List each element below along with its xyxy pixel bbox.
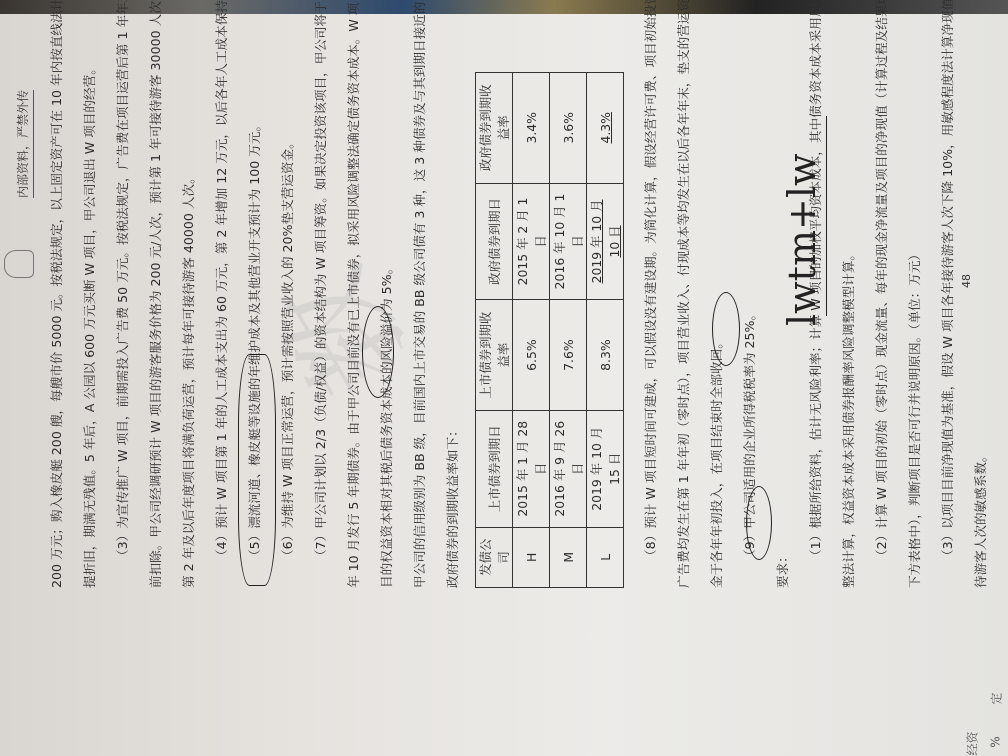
handwritten-circle-annotation xyxy=(238,354,276,586)
paragraph-line: （3）为宣传推广 W 项目，前期需投入广告费 50 万元。按税法规定，广告费在项… xyxy=(106,72,139,588)
page-header-notice: 内部资料，严禁外传 xyxy=(14,90,34,198)
requirement-line: （2）计算 W 项目的初始（零时点）现金流量、每年的现金净流量及项目的净现值（计… xyxy=(865,72,898,588)
paragraph-line: 广告费均发生在第 1 年年初（零时点），项目营业收入、付现成本等均发生在以后各年… xyxy=(667,72,700,588)
paragraph-line: 第 2 年及以后年度项目将满负荷运营，预计每年可接待游客 40000 人次。 xyxy=(172,72,205,588)
requirement-line: 下方表格中），判断项目是否可行并说明原因。（单位：万元） xyxy=(898,72,931,588)
paragraph-line: （8）预计 W 项目短时间可建成，可以假设没有建设期。为简化计算，假设经营许可费… xyxy=(634,72,667,588)
paragraph-line: （4）预计 W 项目第 1 年的人工成本支出为 60 万元，第 2 年增加 12… xyxy=(205,72,238,588)
table-header-cell: 政府债券到期日 xyxy=(476,183,513,300)
paragraph-line: （7）甲公司计划以 2/3（负债/权益）的资本结构为 W 项目筹资。如果决定投资… xyxy=(304,72,337,588)
paragraph-line: 前扣除。甲公司经调研预计 W 项目的游客服务价格为 200 元/人次，预计第 1… xyxy=(139,72,172,588)
edge-fragment: % xyxy=(989,736,1003,747)
mascot-logo-icon xyxy=(4,250,34,278)
table-header-cell: 发债公司 xyxy=(476,527,513,587)
table-cell: L xyxy=(587,527,624,587)
table-cell: 2015 年 1 月 28 日 xyxy=(513,410,550,527)
table-cell: 3.6% xyxy=(550,73,587,184)
table-header-cell: 上市债券到期收益率 xyxy=(476,300,513,411)
paragraph-line: 政府债券的到期收益率如下： xyxy=(436,72,469,588)
table-cell: 8.3% xyxy=(587,300,624,411)
table-cell: 7.6% xyxy=(550,300,587,411)
table-header-cell: 政府债券到期收益率 xyxy=(476,73,513,184)
page-number: 48 xyxy=(960,274,973,288)
table-row: H 2015 年 1 月 28 日 6.5% 2015 年 2 月 1 日 3.… xyxy=(513,73,550,588)
requirement-line: （3）以项目目前净现值为基准，假设 W 项目各年接待游客人次下降 10%，用敏感… xyxy=(931,72,964,588)
table-cell: 2016 年 9 月 26 日 xyxy=(550,410,587,527)
table-header-cell: 上市债券到期日 xyxy=(476,410,513,527)
paragraph-line: 200 万元；购入橡皮艇 200 艘，每艘市价 5000 元。按税法规定，以上固… xyxy=(40,72,73,588)
table-cell: H xyxy=(513,527,550,587)
table-cell: 3.4% xyxy=(513,73,550,184)
document-page: 教 内部资料，严禁外传 200 万元；购入橡皮艇 200 艘，每艘市价 5000… xyxy=(0,0,1008,756)
table-cell: 2019 年 10 月 15 日 xyxy=(587,410,624,527)
table-cell: 2019 年 10 月 10 日 xyxy=(587,183,624,300)
table-row: M 2016 年 9 月 26 日 7.6% 2016 年 10 月 1 日 3… xyxy=(550,73,587,588)
paragraph-line: 甲公司的信用级别为 BB 级，目前国内上市交易的 BB 级公司债有 3 种，这 … xyxy=(403,72,436,588)
handwritten-underline xyxy=(826,116,827,316)
handwritten-circle-annotation xyxy=(712,292,740,366)
table-cell: 2016 年 10 月 1 日 xyxy=(550,183,587,300)
table-cell: 6.5% xyxy=(513,300,550,411)
table-header-row: 发债公司 上市债券到期日 上市债券到期收益率 政府债券到期日 政府债券到期收益率 xyxy=(476,73,513,588)
bond-yield-table: 发债公司 上市债券到期日 上市债券到期收益率 政府债券到期日 政府债券到期收益率… xyxy=(475,72,624,588)
edge-fragment: 经资 xyxy=(964,731,981,755)
requirement-line: 整法计算，权益资本成本采用债券报酬率风险调整模型计算。 xyxy=(832,72,865,588)
table-cell: 4.3% xyxy=(587,73,624,184)
table-cell: 2015 年 2 月 1 日 xyxy=(513,183,550,300)
table-cell: M xyxy=(550,527,587,587)
table-row: L 2019 年 10 月 15 日 8.3% 2019 年 10 月 10 日… xyxy=(587,73,624,588)
document-body: 200 万元；购入橡皮艇 200 艘，每艘市价 5000 元。按税法规定，以上固… xyxy=(40,72,997,588)
requirement-line: （1）根据所给资料，估计无风险利率；计算 W 项目的加权平均资本成本，其中债务资… xyxy=(799,72,832,588)
handwritten-circle-annotation xyxy=(746,486,772,560)
handwritten-note: lwtm+lw xyxy=(780,153,824,326)
edge-fragment: 定 xyxy=(988,692,1005,704)
requirement-line: 待游客人次的敏感系数。 xyxy=(964,72,997,588)
handwritten-circle-annotation xyxy=(362,306,394,398)
paragraph-line: 提折旧，期满无残值。5 年后，A 公园以 600 万元买断 W 项目，甲公司退出… xyxy=(73,72,106,588)
